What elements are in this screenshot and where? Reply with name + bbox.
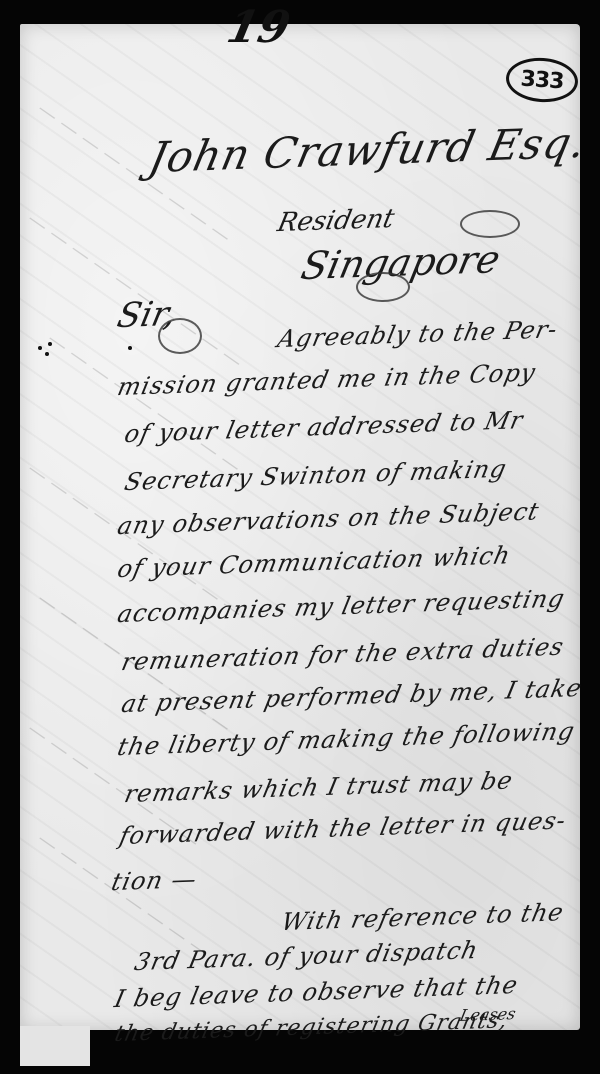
addressee-title: Resident (275, 204, 397, 238)
folio-number: 19 (223, 2, 295, 53)
ink-dot (45, 352, 49, 356)
flourish-ornament (356, 272, 410, 302)
catchword: Leases (458, 1004, 518, 1025)
ink-dot (128, 346, 132, 350)
ink-dot (38, 346, 42, 350)
flourish-ornament (460, 210, 520, 238)
ink-dot (48, 342, 52, 346)
letter-line: tion — (109, 865, 200, 896)
flourish-ornament (158, 318, 202, 354)
